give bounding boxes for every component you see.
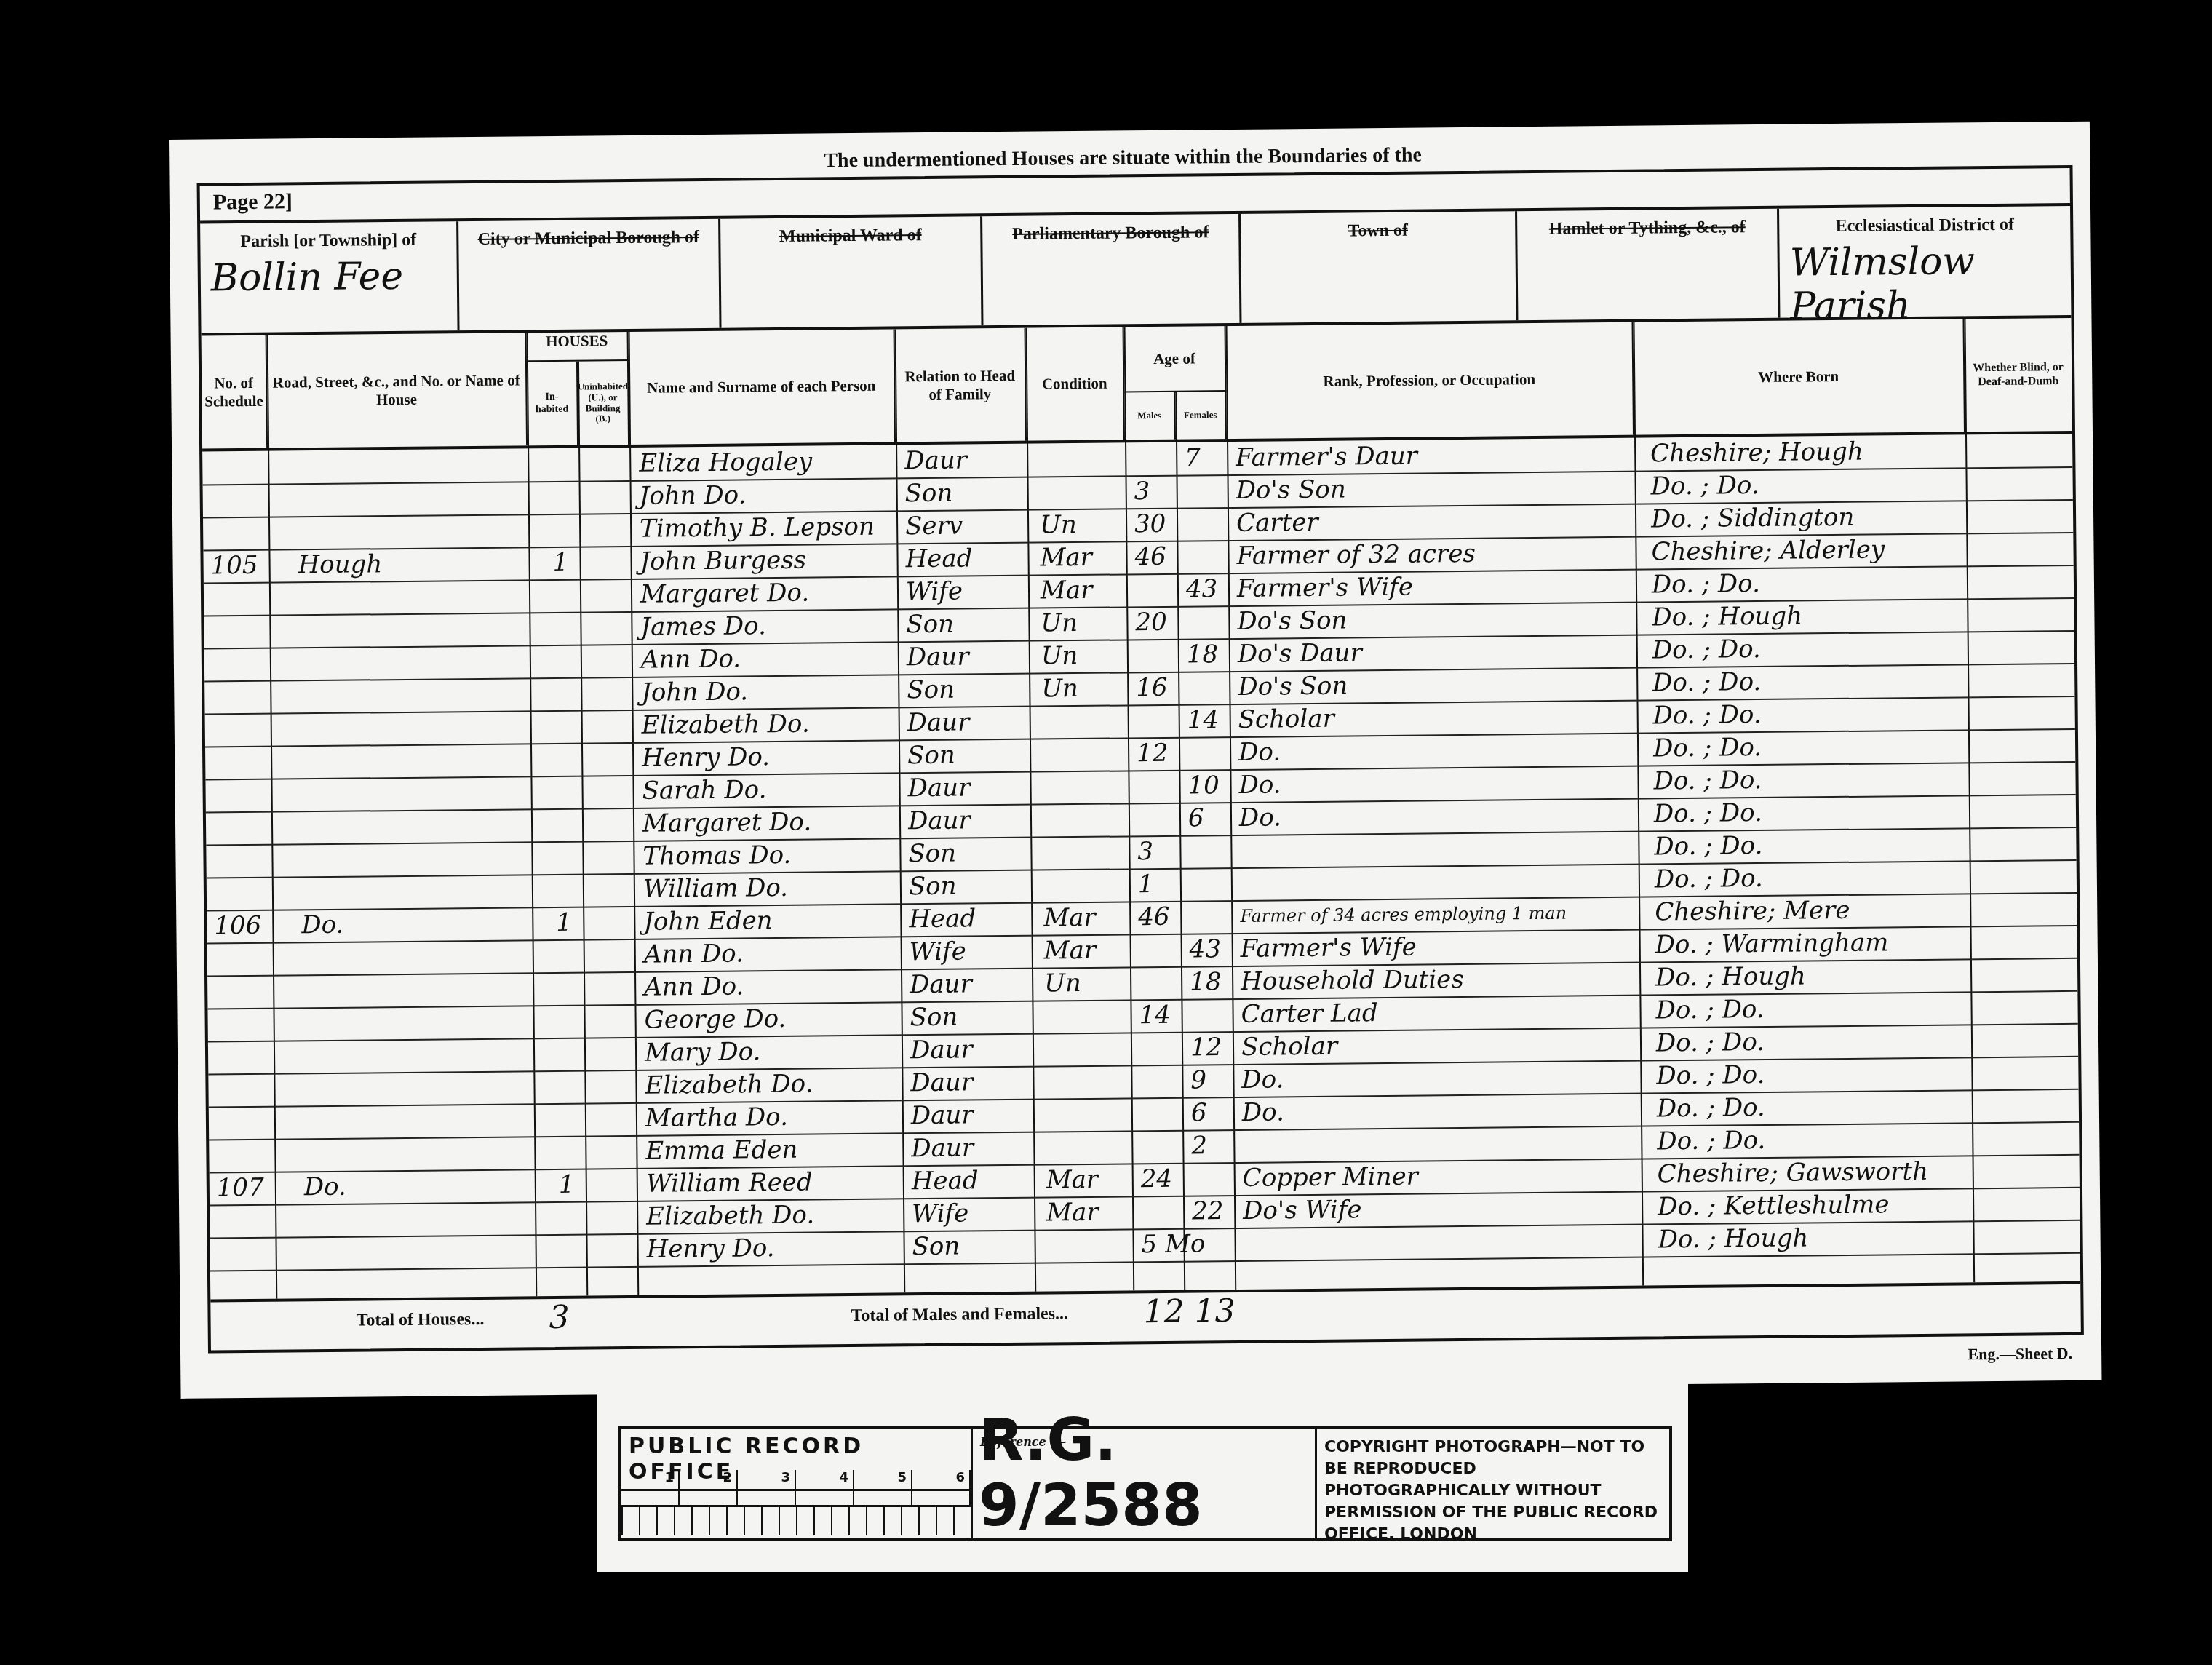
- age-male: 24: [1141, 1163, 1173, 1196]
- occupation: Copper Miner: [1243, 1161, 1419, 1195]
- where-born: Do. ; Hough: [1652, 600, 1802, 634]
- road-name: Hough: [298, 548, 382, 581]
- age-female: 12: [1190, 1031, 1222, 1064]
- person-name: John Burgess: [640, 544, 806, 579]
- relation: Head: [909, 902, 976, 936]
- where-born: Do. ; Kettleshulme: [1658, 1188, 1890, 1223]
- occupation: Household Duties: [1241, 963, 1464, 998]
- record-office-stamp: PUBLIC RECORD OFFICE 123456 Reference :—…: [597, 1383, 1688, 1572]
- age-female: 10: [1187, 769, 1220, 802]
- col-name: Name and Surname of each Person: [629, 329, 896, 445]
- occupation: Carter: [1236, 506, 1318, 540]
- location-ward: Municipal Ward of: [720, 216, 983, 327]
- occupation: Scholar: [1238, 703, 1335, 736]
- relation: Son: [905, 477, 953, 511]
- where-born: Cheshire; Mere: [1655, 894, 1850, 929]
- where-born: Cheshire; Hough: [1650, 436, 1863, 471]
- relation: Head: [912, 1164, 979, 1198]
- age-female: 2: [1191, 1129, 1207, 1162]
- relation: Son: [910, 1001, 958, 1035]
- age-male: 30: [1134, 508, 1166, 541]
- occupation: Do.: [1241, 1063, 1284, 1097]
- total-persons-label: Total of Males and Females...: [851, 1304, 1068, 1326]
- occupation: Farmer of 34 acres employing 1 man: [1240, 897, 1567, 933]
- person-name: George Do.: [644, 1003, 786, 1037]
- schedule-number: 105: [210, 549, 258, 583]
- where-born: Do. ; Do.: [1654, 830, 1762, 863]
- age-female: 6: [1188, 802, 1204, 835]
- person-name: Mary Do.: [645, 1036, 761, 1070]
- relation: Daur: [910, 1033, 973, 1067]
- age-female: 43: [1190, 933, 1222, 966]
- person-name: James Do.: [640, 610, 766, 644]
- where-born: Do. ; Do.: [1652, 666, 1761, 699]
- col-relation: Relation to Head of Family: [895, 328, 1027, 442]
- person-name: Ann Do.: [644, 937, 744, 971]
- relation: Daur: [910, 1066, 973, 1100]
- age-male: 14: [1139, 999, 1171, 1032]
- where-born: Cheshire; Gawsworth: [1658, 1156, 1929, 1191]
- where-born: Do. ; Do.: [1657, 1124, 1765, 1158]
- where-born: Do. ; Do.: [1655, 862, 1763, 896]
- where-born: Cheshire; Alderley: [1651, 533, 1885, 568]
- where-born: Do. ; Do.: [1656, 1026, 1765, 1060]
- where-born: Do. ; Hough: [1658, 1222, 1808, 1256]
- age-female: 9: [1190, 1064, 1206, 1097]
- relation: Daur: [907, 706, 970, 739]
- relation: Wife: [906, 576, 963, 609]
- where-born: Do. ; Do.: [1657, 1092, 1765, 1125]
- col-road: Road, Street, &c., and No. or Name of Ho…: [267, 333, 528, 448]
- age-male: 20: [1135, 606, 1167, 639]
- where-born: Do. ; Do.: [1650, 469, 1759, 503]
- relation: Serv: [905, 510, 963, 544]
- age-male: 12: [1137, 737, 1169, 770]
- person-name: Elizabeth Do.: [645, 1068, 813, 1102]
- condition: Mar: [1044, 934, 1097, 968]
- person-name: John Do.: [640, 479, 747, 512]
- occupation: Do's Son: [1236, 473, 1345, 506]
- age-male: 46: [1138, 901, 1170, 934]
- relation: Daur: [907, 771, 970, 805]
- schedule-number: 107: [217, 1172, 264, 1205]
- condition: Un: [1044, 967, 1081, 1000]
- location-ecclesiastical: Ecclesiastical District of Wilmslow Pari…: [1779, 206, 2071, 318]
- age-male: 16: [1136, 672, 1168, 704]
- occupation: Do's Wife: [1243, 1193, 1362, 1228]
- col-blind-deaf: Whether Blind, or Deaf-and-Dumb: [1964, 318, 2072, 432]
- where-born: Do. ; Do.: [1652, 568, 1760, 601]
- person-name: William Reed: [646, 1167, 813, 1201]
- occupation: Scholar: [1241, 1030, 1338, 1064]
- total-males-value: 12: [1143, 1293, 1184, 1331]
- relation: Son: [908, 838, 956, 871]
- condition: Un: [1041, 640, 1078, 672]
- age-male: 46: [1134, 541, 1166, 573]
- location-hamlet: Hamlet or Tything, &c., of: [1517, 209, 1780, 320]
- relation: Daur: [911, 1132, 974, 1165]
- relation: Head: [905, 542, 972, 576]
- relation: Wife: [912, 1198, 968, 1231]
- relation: Son: [912, 1231, 960, 1264]
- road-name: Do.: [301, 909, 343, 942]
- sheet-code: Eng.—Sheet D.: [1968, 1344, 2072, 1364]
- office-ruler-box: PUBLIC RECORD OFFICE 123456: [621, 1429, 973, 1538]
- relation: Son: [906, 608, 954, 642]
- age-male: 3: [1134, 475, 1150, 508]
- occupation: Do.: [1238, 768, 1281, 802]
- person-name: John Eden: [643, 905, 773, 939]
- where-born: Do. ; Siddington: [1651, 501, 1855, 536]
- relation: Daur: [904, 444, 967, 477]
- where-born: Do. ; Warmingham: [1655, 926, 1889, 961]
- occupation: Do's Son: [1238, 669, 1348, 703]
- occupation: Farmer's Wife: [1241, 931, 1417, 966]
- age-female: 43: [1186, 573, 1218, 605]
- where-born: Do. ; Do.: [1653, 731, 1762, 765]
- person-name: John Do.: [641, 675, 748, 709]
- person-name: Margaret Do.: [640, 577, 810, 611]
- age-female: 7: [1185, 442, 1201, 474]
- person-name: Ann Do.: [641, 643, 741, 676]
- col-age: Age of: [1124, 326, 1227, 392]
- relation: Son: [909, 870, 957, 904]
- reference-value: R.G. 9/2588: [979, 1407, 1315, 1538]
- where-born: Do. ; Do.: [1656, 1059, 1765, 1092]
- condition: Un: [1040, 509, 1077, 541]
- total-houses-value: 3: [549, 1299, 569, 1336]
- inhabited-count: 1: [559, 1169, 575, 1201]
- relation: Daur: [908, 804, 971, 838]
- col-schedule: No. of Schedule: [202, 335, 268, 449]
- relation: Daur: [910, 968, 972, 1001]
- age-female: 6: [1191, 1097, 1207, 1129]
- relation: Wife: [910, 936, 966, 969]
- condition: Mar: [1041, 574, 1093, 608]
- where-born: Do. ; Do.: [1652, 633, 1761, 667]
- relation: Daur: [911, 1099, 974, 1132]
- copyright-notice: COPYRIGHT PHOTOGRAPH—NOT TO BE REPRODUCE…: [1317, 1429, 1669, 1538]
- total-females-value: 13: [1194, 1292, 1235, 1330]
- age-male: 3: [1137, 835, 1153, 868]
- total-houses-label: Total of Houses...: [356, 1310, 484, 1331]
- condition: Mar: [1043, 902, 1096, 935]
- age-female: 18: [1187, 638, 1219, 671]
- occupation: Do.: [1238, 736, 1281, 769]
- age-female: 22: [1192, 1195, 1224, 1228]
- occupation: Farmer's Wife: [1237, 571, 1413, 605]
- person-name: Margaret Do.: [642, 806, 812, 841]
- col-males: Males: [1124, 392, 1176, 440]
- occupation: Do's Son: [1237, 604, 1347, 637]
- age-male: 5 Mo: [1141, 1228, 1205, 1261]
- col-females: Females: [1175, 392, 1227, 440]
- col-houses: HOUSES: [527, 332, 629, 362]
- location-parl-borough: Parliamentary Borough of: [982, 214, 1241, 325]
- totals-row: Total of Houses... 3 Total of Males and …: [210, 1281, 2081, 1351]
- person-name: Eliza Hogaley: [639, 446, 812, 480]
- col-occupation: Rank, Profession, or Occupation: [1226, 322, 1634, 439]
- occupation: Farmer of 32 acres: [1236, 538, 1476, 573]
- where-born: Do. ; Do.: [1654, 797, 1762, 830]
- census-sheet: Page 22] The undermentioned Houses are s…: [169, 122, 2101, 1399]
- inhabited-count: 1: [552, 547, 568, 579]
- person-name: Martha Do.: [645, 1101, 788, 1135]
- road-name: Do.: [304, 1171, 346, 1204]
- person-name: Sarah Do.: [642, 774, 766, 808]
- person-name: Elizabeth Do.: [646, 1199, 814, 1233]
- condition: Mar: [1046, 1164, 1099, 1197]
- reference-box: Reference :— R.G. 9/2588: [973, 1429, 1317, 1538]
- occupation: Farmer's Daur: [1236, 440, 1417, 474]
- boundaries-banner: The undermentioned Houses are situate wi…: [824, 143, 1422, 172]
- where-born: Do. ; Hough: [1655, 960, 1806, 994]
- occupation: Do.: [1239, 801, 1281, 835]
- person-name: Ann Do.: [644, 970, 744, 1004]
- person-name: William Do.: [643, 872, 789, 906]
- relation: Son: [907, 739, 955, 773]
- location-town: Town of: [1241, 211, 1518, 323]
- col-condition: Condition: [1026, 327, 1125, 440]
- where-born: Do. ; Do.: [1655, 993, 1764, 1027]
- census-table: Parish [or Township] of Bollin Fee City …: [197, 165, 2084, 1354]
- age-female: 14: [1187, 704, 1220, 736]
- col-where-born: Where Born: [1633, 319, 1965, 434]
- relation: Son: [907, 674, 955, 707]
- ruler-icon: 123456: [621, 1470, 971, 1507]
- occupation: Carter Lad: [1241, 997, 1377, 1031]
- condition: Mar: [1046, 1196, 1099, 1230]
- parish-value: Bollin Fee: [201, 254, 458, 300]
- age-male: 1: [1138, 868, 1154, 901]
- relation: Daur: [907, 640, 969, 674]
- person-name: Timothy B. Lepson: [640, 511, 875, 546]
- person-name: Emma Eden: [645, 1134, 797, 1168]
- person-name: Elizabeth Do.: [642, 708, 810, 742]
- where-born: Do. ; Do.: [1652, 699, 1761, 732]
- where-born: Do. ; Do.: [1653, 764, 1762, 798]
- person-name: Henry Do.: [642, 741, 770, 775]
- condition: Un: [1041, 672, 1078, 705]
- location-parish: Parish [or Township] of Bollin Fee: [200, 221, 459, 333]
- person-name: Thomas Do.: [642, 839, 791, 873]
- inhabited-count: 1: [556, 907, 572, 939]
- col-uninhabited: Uninhabited (U.), or Building (B.): [578, 361, 629, 445]
- col-inhabited: In-habited: [527, 362, 578, 446]
- age-female: 18: [1190, 966, 1222, 998]
- location-city: City or Municipal Borough of: [458, 219, 721, 330]
- condition: Mar: [1040, 541, 1092, 575]
- condition: Un: [1041, 607, 1078, 640]
- schedule-number: 106: [214, 910, 261, 943]
- person-name: Henry Do.: [646, 1232, 774, 1266]
- occupation: Do's Daur: [1238, 637, 1362, 671]
- occupation: Do.: [1242, 1096, 1284, 1129]
